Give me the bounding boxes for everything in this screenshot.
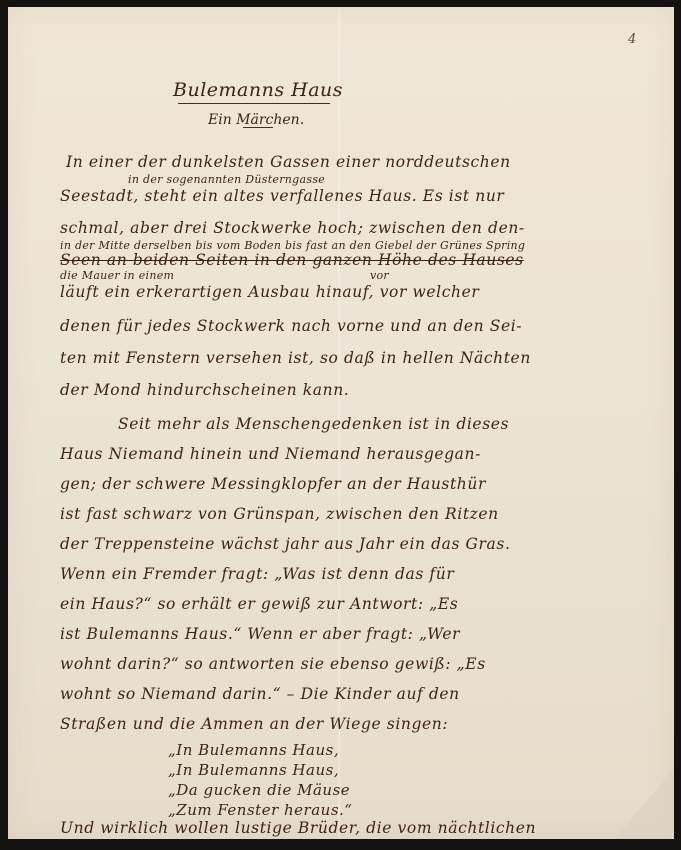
text-line: Und wirklich wollen lustige Brüder, die … — [60, 819, 536, 837]
text-line: Straßen und die Ammen an der Wiege singe… — [60, 715, 448, 733]
text-line: gen; der schwere Messingklopfer an der H… — [60, 475, 486, 493]
text-line: wohnt so Niemand darin.“ – Die Kinder au… — [60, 685, 460, 703]
text-line: Wenn ein Fremder fragt: „Was ist denn da… — [60, 565, 454, 583]
text-line: Haus Niemand hinein und Niemand herausge… — [60, 445, 481, 463]
text-line: schmal, aber drei Stockwerke hoch; zwisc… — [60, 219, 525, 237]
struck-text-line: Seen an beiden Seiten in den ganzen Höhe… — [60, 251, 524, 269]
text-line: der Mond hindurchscheinen kann. — [60, 381, 349, 399]
text-line: ein Haus?“ so erhält er gewiß zur Antwor… — [60, 595, 458, 613]
insertion-line: in der sogenannten Düsterngasse — [128, 173, 325, 186]
text-line: ist Bulemanns Haus.“ Wenn er aber fragt:… — [60, 625, 460, 643]
manuscript-page: 4 Bulemanns Haus Ein Märchen. In einer d… — [8, 7, 674, 839]
paper-corner — [614, 769, 674, 839]
subtitle-underline — [243, 127, 273, 128]
verse-line: „Zum Fenster heraus.“ — [168, 801, 352, 819]
page-number: 4 — [628, 32, 636, 47]
text-line: läuft ein erkerartigen Ausbau hinauf, vo… — [60, 283, 479, 301]
text-line: wohnt darin?“ so antworten sie ebenso ge… — [60, 655, 486, 673]
text-line: der Treppensteine wächst jahr aus Jahr e… — [60, 535, 510, 553]
title-underline — [178, 103, 330, 104]
text-line: In einer der dunkelsten Gassen einer nor… — [66, 153, 511, 171]
verse-line: „In Bulemanns Haus, — [168, 761, 339, 779]
manuscript-title: Bulemanns Haus — [173, 79, 343, 101]
text-line: denen für jedes Stockwerk nach vorne und… — [60, 317, 522, 335]
text-line: Seestadt, steht ein altes verfallenes Ha… — [60, 187, 504, 205]
verse-line: „In Bulemanns Haus, — [168, 741, 339, 759]
manuscript-subtitle: Ein Märchen. — [208, 112, 304, 128]
insertion-word: vor — [370, 269, 389, 282]
text-line: Seit mehr als Menschengedenken ist in di… — [118, 415, 509, 433]
text-line: ten mit Fenstern versehen ist, so daß in… — [60, 349, 531, 367]
insertion-line: die Mauer in einem — [60, 269, 174, 282]
text-line: ist fast schwarz von Grünspan, zwischen … — [60, 505, 499, 523]
verse-line: „Da gucken die Mäuse — [168, 781, 350, 799]
